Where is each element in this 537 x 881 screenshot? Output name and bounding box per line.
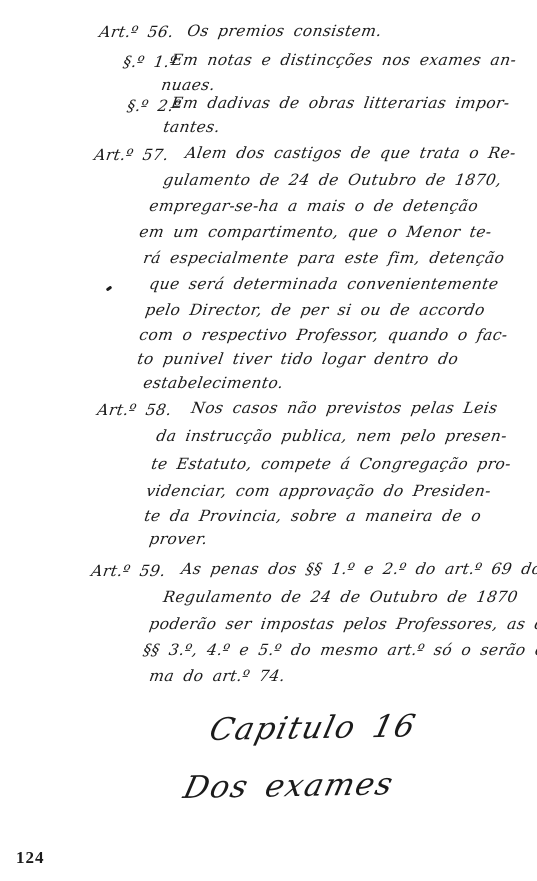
manuscript-line: Regulamento de 24 de Outubro de 1870 bbox=[162, 589, 519, 606]
manuscript-line: videnciar, com approvação do Presiden- bbox=[145, 483, 492, 500]
manuscript-line: ma do art.º 74. bbox=[148, 668, 286, 685]
scanned-manuscript-page: Art.º 56.Os premios consistem.§.º 1.ºEm … bbox=[0, 0, 537, 881]
manuscript-line: tantes. bbox=[162, 119, 221, 136]
manuscript-line: estabelecimento. bbox=[142, 375, 285, 392]
manuscript-line: empregar-se-ha a mais o de detenção bbox=[148, 198, 479, 215]
manuscript-line: da instrucção publica, nem pelo presen- bbox=[155, 428, 508, 445]
manuscript-line: te da Provincia, sobre a maneira de o bbox=[143, 508, 482, 525]
manuscript-line: rá especialmente para este fim, detenção bbox=[142, 250, 506, 267]
manuscript-line: Em dadivas de obras litterarias impor- bbox=[170, 95, 511, 112]
ink-mark bbox=[106, 286, 113, 292]
manuscript-line: em um compartimento, que o Menor te- bbox=[138, 224, 493, 241]
manuscript-line: Nos casos não previstos pelas Leis bbox=[190, 400, 499, 417]
manuscript-line: Art.º 56. bbox=[98, 24, 175, 41]
manuscript-line: com o respectivo Professor, quando o fac… bbox=[138, 327, 509, 344]
page-number: 124 bbox=[16, 848, 45, 868]
manuscript-line: to punivel tiver tido logar dentro do bbox=[136, 351, 459, 368]
manuscript-line: poderão ser impostas pelos Professores, … bbox=[148, 616, 537, 633]
manuscript-line: Os premios consistem. bbox=[186, 23, 383, 40]
manuscript-line: Alem dos castigos de que trata o Re- bbox=[184, 145, 517, 162]
manuscript-line: Art.º 57. bbox=[93, 147, 170, 164]
manuscript-line: Art.º 59. bbox=[90, 563, 167, 580]
manuscript-line: gulamento de 24 de Outubro de 1870, bbox=[162, 172, 503, 189]
manuscript-line: Art.º 58. bbox=[96, 402, 173, 419]
manuscript-line: nuaes. bbox=[160, 77, 216, 94]
manuscript-line: As penas dos §§ 1.º e 2.º do art.º 69 do bbox=[180, 561, 537, 578]
manuscript-line: te Estatuto, compete á Congregação pro- bbox=[150, 456, 512, 473]
manuscript-line: Em notas e distincções nos exames an- bbox=[170, 52, 518, 69]
manuscript-line: prover. bbox=[148, 531, 209, 548]
chapter-heading-line: Dos exames bbox=[180, 766, 397, 806]
manuscript-line: §§ 3.º, 4.º e 5.º do mesmo art.º só o se… bbox=[142, 642, 537, 659]
chapter-heading-line: Capitulo 16 bbox=[206, 708, 420, 748]
manuscript-line: pelo Director, de per si ou de accordo bbox=[144, 302, 486, 319]
manuscript-line: que será determinada convenientemente bbox=[148, 276, 500, 293]
